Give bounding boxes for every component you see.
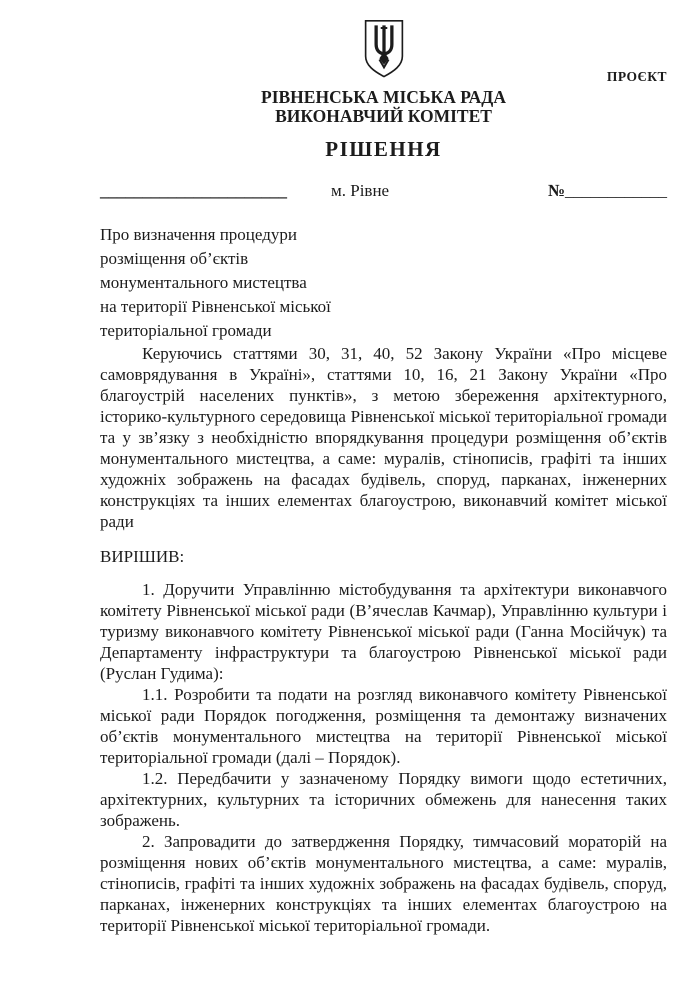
number-sign: № xyxy=(548,181,565,200)
subject-line: на території Рівненської міської xyxy=(100,295,667,319)
subject-line: Про визначення процедури xyxy=(100,223,667,247)
date-blank-line: ______________________ xyxy=(100,181,287,200)
document-page: ПРОЄКТ РІВНЕНСЬКА МІСЬКА РАДА ВИКОНАВЧИЙ… xyxy=(0,0,700,990)
doc-type-heading: РІШЕННЯ xyxy=(100,137,667,161)
number-blank-line: ____________ xyxy=(565,181,667,200)
subject-line: територіальної громади xyxy=(100,319,667,343)
number-group: №____________ xyxy=(548,181,667,200)
place-label: м. Рівне xyxy=(331,181,389,200)
preamble-paragraph: Керуючись статтями 30, 31, 40, 52 Закону… xyxy=(100,343,667,532)
subject-block: Про визначення процедури розміщення об’є… xyxy=(100,223,667,343)
decision-item-1-2: 1.2. Передбачити у зазначеному Порядку в… xyxy=(100,768,667,831)
decision-item-1-1: 1.1. Розробити та подати на розгляд вико… xyxy=(100,684,667,768)
council-name-heading: РІВНЕНСЬКА МІСЬКА РАДА xyxy=(100,88,667,107)
subject-line: розміщення об’єктів xyxy=(100,247,667,271)
coat-of-arms-icon xyxy=(100,0,667,81)
decision-item-1: 1. Доручити Управлінню містобудування та… xyxy=(100,567,667,684)
resolved-label: ВИРІШИВ: xyxy=(100,538,667,567)
date-number-row: ______________________ м. Рівне №_______… xyxy=(100,181,667,200)
committee-heading: ВИКОНАВЧИЙ КОМІТЕТ xyxy=(100,107,667,126)
draft-label: ПРОЄКТ xyxy=(607,69,667,85)
subject-line: монументального мистецтва xyxy=(100,271,667,295)
decision-item-2: 2. Запровадити до затвердження Порядку, … xyxy=(100,831,667,936)
